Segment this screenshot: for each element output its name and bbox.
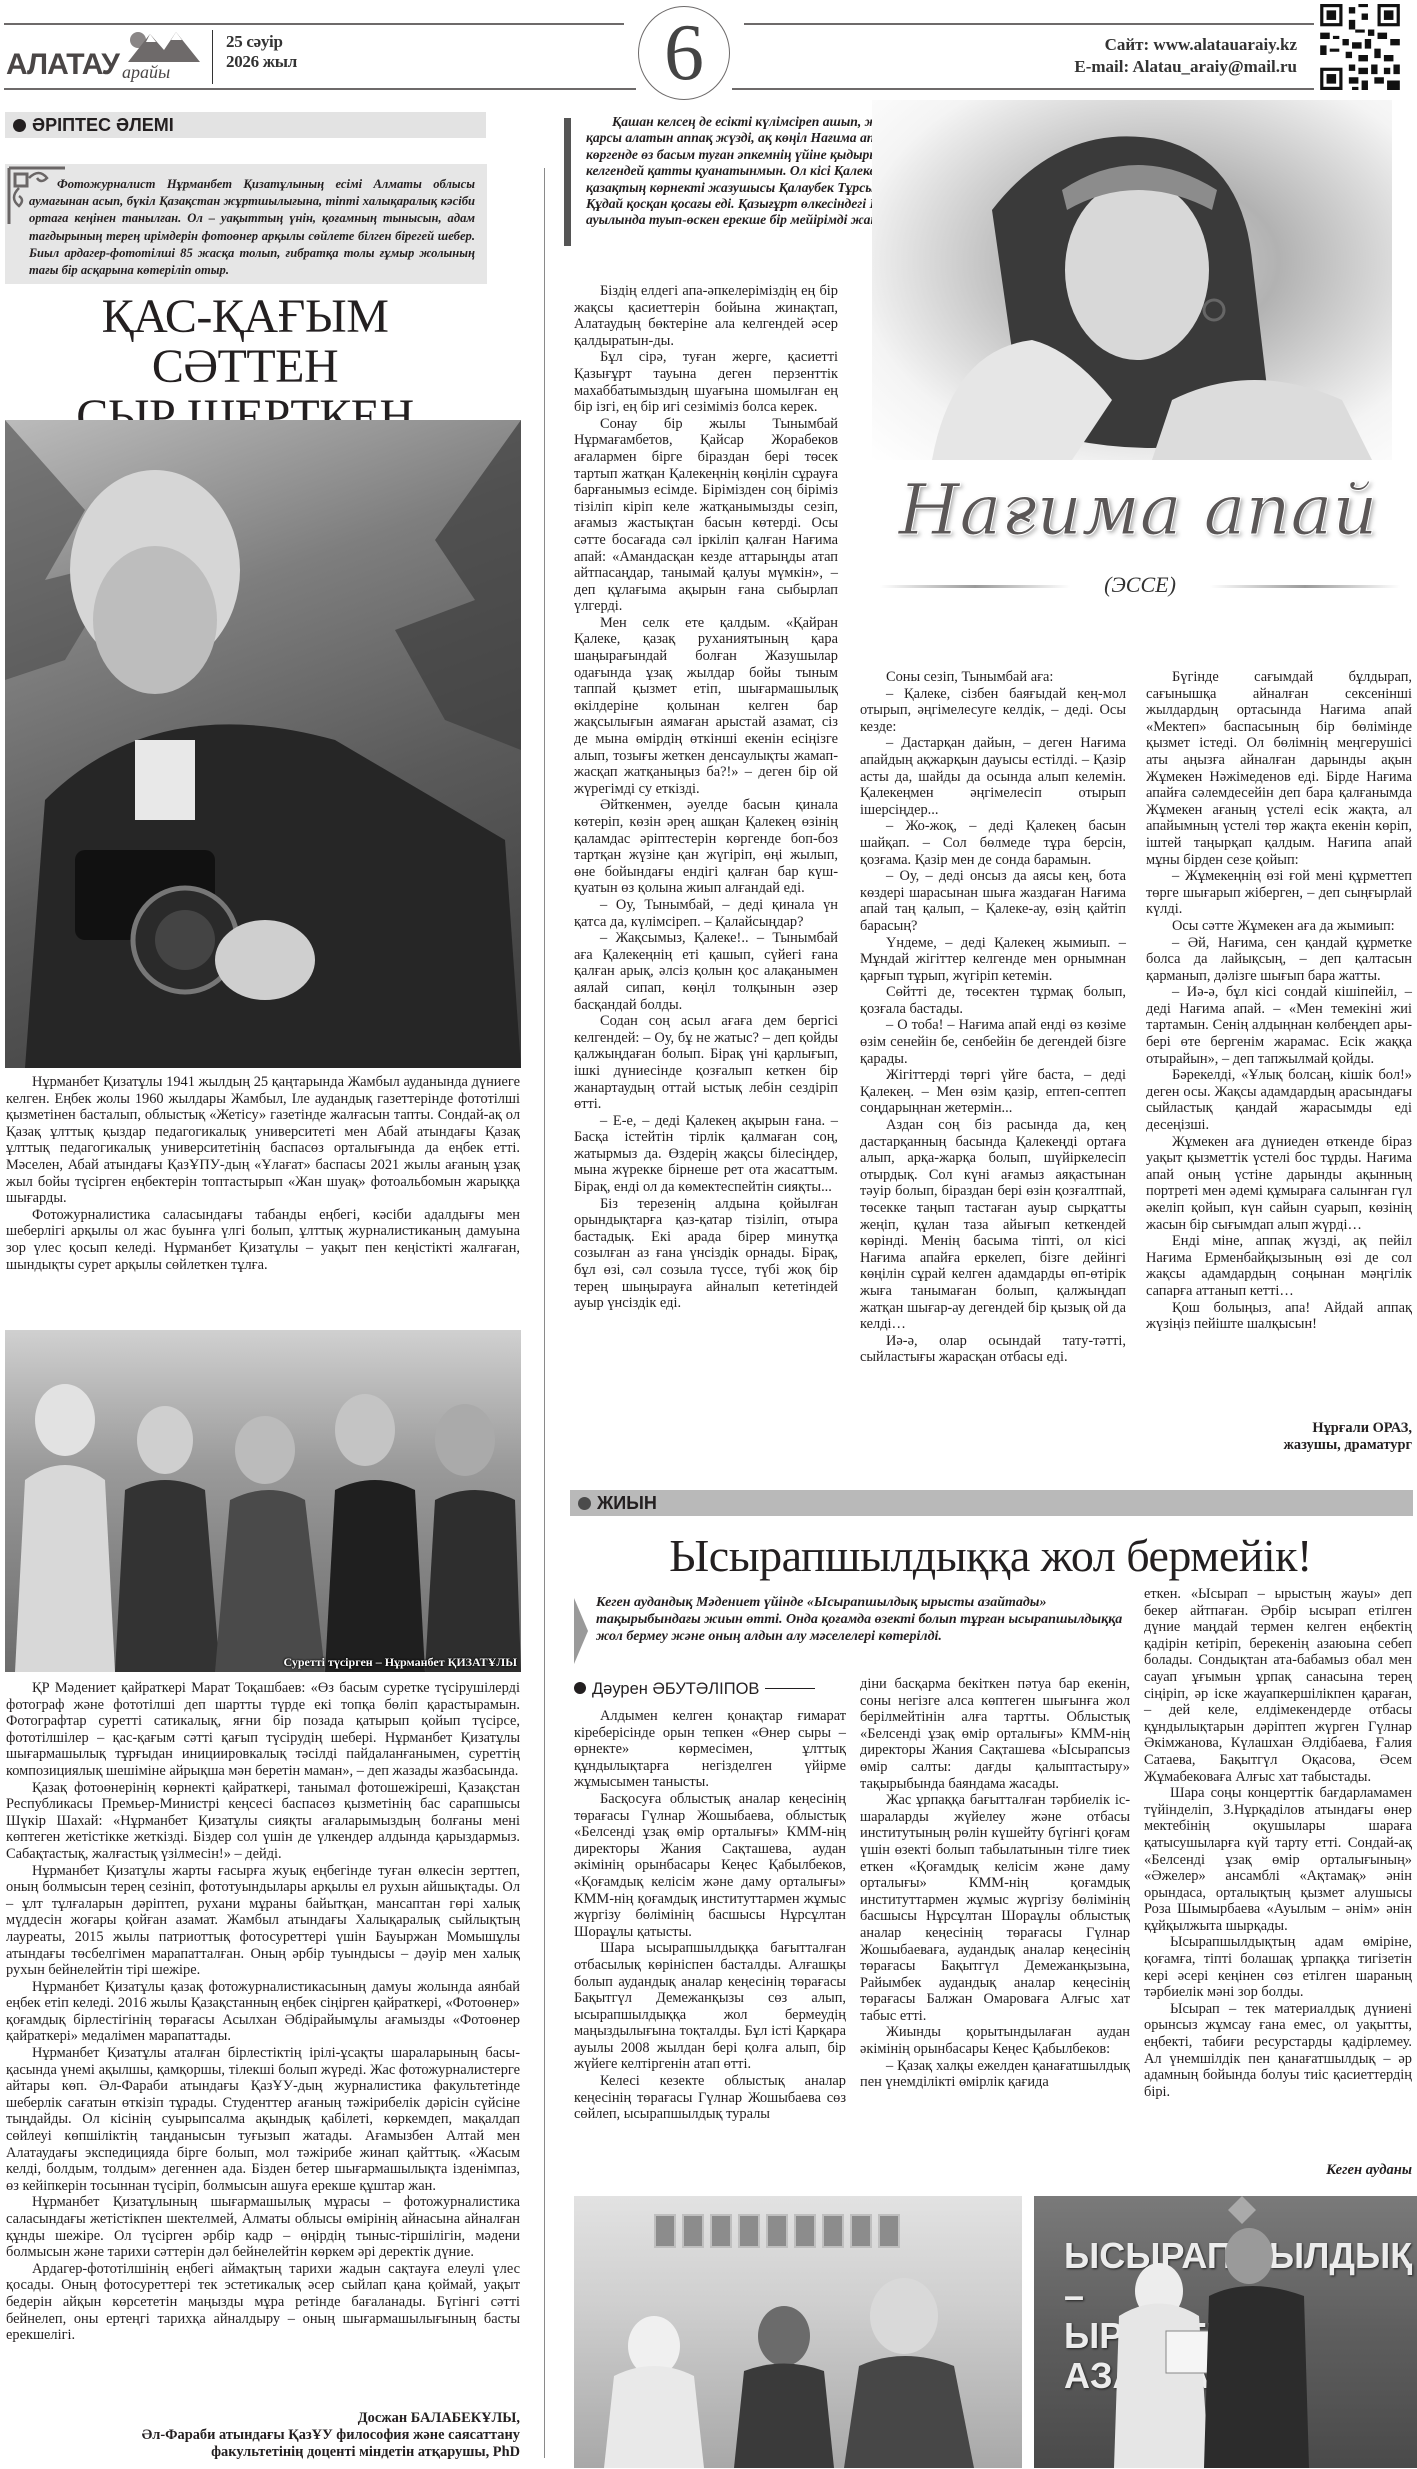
issue-date-day: 25 сәуір [226,32,297,52]
people-silhouettes-icon [1034,2196,1417,2468]
bullet-icon [13,119,26,132]
paragraph: – Жо-жоқ, – деді Қалекең басын шайқап. –… [860,818,1126,868]
paragraph: Шара соңы концерттік бағдарламамен түйін… [1144,1785,1412,1934]
photographer-silhouette-icon [5,420,521,1068]
article1-body-a: Нұрманбет Қизатұлы 1941 жылдың 25 қаңтар… [6,1074,520,1273]
header-rule-right-top [744,23,1314,25]
article2-column1: Біздің елдегі апа-әпкелеріміздің ең бір … [574,283,838,1312]
article2-title: Нағима апай [868,470,1408,550]
page-number: 6 [638,6,730,100]
bullet-icon [574,1682,586,1694]
paragraph: – Жақсымыз, Қалеке!.. – Тынымбай аға Қал… [574,930,838,1013]
paragraph: Нұрманбет Қизатұлы 1941 жылдың 25 қаңтар… [6,1074,520,1207]
article3-headline: Ысырапшылдыққа жол бермейік! [568,1528,1413,1584]
nagima-portrait-photo [872,100,1392,460]
paragraph: Бұл сірә, туған жерге, қасиетті Қазығұрт… [574,349,838,415]
paragraph: Келесі кезекте облыстық аналар кеңесінің… [574,2073,846,2123]
paragraph: Нұрманбет Қизатұлы қазақ фотожурналистик… [6,1979,520,2045]
paragraph: Енді міне, аппақ жүзді, ақ пейіл Нағима … [1146,1233,1412,1299]
paragraph: Содан соң асыл ағаға дем бергісі келгенд… [574,1013,838,1113]
paragraph: діни басқарма бекіткен пәтуа бар екенін,… [860,1676,1130,1792]
logo-script: арайы [122,62,170,83]
article3-signoff: Кеген ауданы [1144,2162,1412,2179]
paragraph: Ардагер-фототілшінің еңбегі аймақтың тар… [6,2261,520,2344]
paragraph: Қазақ фотоөнерінің көрнекті қайраткері, … [6,1780,520,1863]
decorative-rule [1210,585,1400,588]
website-link[interactable]: Сайт: www.alatauaraiy.kz [1074,34,1297,56]
paragraph: Нұрманбет Қизатұлының шығармашылық мұрас… [6,2194,520,2260]
header-rule-right-bottom [732,88,1314,90]
paragraph: ҚР Мәдениет қайраткері Марат Тоқашбаев: … [6,1680,520,1780]
paragraph: Сөйтті де, төсектен тұрмақ болып, қозғал… [860,984,1126,1017]
paragraph: Әйткенмен, әуелде басын қинала көтеріп, … [574,797,838,897]
woman-portrait-icon [872,100,1392,460]
column-divider [544,168,545,2458]
paragraph: Үндеме, – деді Қалекең жымиып. – Мұндай … [860,935,1126,985]
paragraph: – О тоба! – Нағима апай енді өз көзіме ө… [860,1017,1126,1067]
qr-code-icon[interactable] [1320,4,1400,90]
article3-column2: діни басқарма бекіткен пәтуа бар екенін,… [860,1676,1130,2091]
author-title: факультетінің доценті міндетін атқарушы,… [6,2444,520,2461]
article1-signature: Досжан БАЛАБЕКҰЛЫ, Әл-Фараби атындағы Қа… [6,2410,520,2461]
section-header-aripktes-alemi: ӘРІПТЕС ӘЛЕМІ [5,112,486,138]
paragraph: – Қалеке, сізбен баяғыдай кең-мол отырып… [860,686,1126,736]
paragraph: Соны сезіп, Тынымбай аға: [860,669,1126,686]
women-silhouettes-icon [574,2196,1022,2468]
mountain-sun-icon [124,28,204,62]
masthead: АЛАТАУ арайы 25 сәуір 2026 жыл 6 Сайт: w… [0,0,1417,100]
article3-column1: Алдымен келген қонақтар ғимарат кіребері… [574,1708,846,2123]
paragraph: Бәрекелді, «Ұлық болсаң, кішік бол!» дег… [1146,1067,1412,1133]
article3-byline: Дәурен ӘБУТӘЛІПОВ [574,1679,846,1699]
paragraph: Фотожурналистика саласындағы табанды еңб… [6,1207,520,1273]
lede-text: Фотожурналист Нұрманбет Қизатұлының есім… [29,177,475,277]
decorative-rule [880,585,1070,588]
issue-date: 25 сәуір 2026 жыл [226,32,297,72]
headline-line1: ҚАС-ҚАҒЫМ СӘТТЕН [5,292,485,392]
paragraph: Иә-ә, олар осындай тату-тәтті, сыйластығ… [860,1333,1126,1366]
paragraph: Нұрманбет Қизатұлы жарты ғасырға жуық ең… [6,1863,520,1979]
section-title: ЖИЫН [597,1493,657,1513]
article1-body-b: ҚР Мәдениет қайраткері Марат Тоқашбаев: … [6,1680,520,2344]
author-title: Әл-Фараби атындағы ҚазҰУ философия және … [6,2427,520,2444]
paragraph: – Иә-ә, бұл кісі сондай кішіпейіл, – дед… [1146,984,1412,1067]
paragraph: Біз терезенің алдына қойылған орындықтар… [574,1196,838,1312]
bullet-icon [578,1497,591,1510]
paragraph: Жиынды қорытындылаған аудан әкімінің оры… [860,2024,1130,2057]
paragraph: Басқосуға облыстық аналар кеңесінің төра… [574,1791,846,1940]
event-hall-photo [574,2196,1022,2468]
lede-text: Кеген аудандық Мәдениет үйінде «Ысырапшы… [596,1594,1126,1646]
photographer-portrait-photo [5,420,521,1068]
logo-wordmark: АЛАТАУ [6,48,119,82]
header-rule-left-top [4,23,624,25]
article2-signature: Нұрғали ОРАЗ, жазушы, драматург [1146,1420,1412,1454]
email-link[interactable]: E-mail: Alatau_araiy@mail.ru [1074,56,1297,78]
paragraph: Қош болыңыз, апа! Айдай аппақ жүзіңіз пе… [1146,1300,1412,1333]
byline-rule [765,1688,815,1689]
paragraph: Бүгінде сағымдай бұлдырап, сағынышқа айн… [1146,669,1412,868]
paragraph: Ысырап – тек материалдық дүниені орынсыз… [1144,2001,1412,2101]
paragraph: Шара ысырапшылдыққа бағытталған отбасылы… [574,1940,846,2073]
paragraph: Аздан соң біз расында да, кең дастарқанн… [860,1117,1126,1333]
author-title: жазушы, драматург [1146,1437,1412,1454]
paragraph: – Жұмекеңнің өзі ғой мені құрметтеп төрг… [1146,868,1412,918]
paragraph: еткен. «Ысырап – ырыстың жауы» деп бекер… [1144,1586,1412,1785]
lede-accent-bar [564,118,571,246]
author-name: Дәурен ӘБУТӘЛІПОВ [592,1680,759,1698]
section-header-zhiyn: ЖИЫН [570,1490,1413,1516]
paragraph: Алдымен келген қонақтар ғимарат кіребері… [574,1708,846,1791]
paragraph: Ысырапшылдықтың адам өміріне, қоғамға, т… [1144,1934,1412,2000]
section-title: ӘРІПТЕС ӘЛЕМІ [32,115,174,135]
author-name: Досжан БАЛАБЕКҰЛЫ, [6,2410,520,2427]
article3-lede: Кеген аудандық Мәдениет үйінде «Ысырапшы… [574,1594,1126,1646]
paragraph: – Әй, Нағима, сен қандай құрметке болса … [1146,935,1412,985]
article2-column3: Бүгінде сағымдай бұлдырап, сағынышқа айн… [1146,669,1412,1333]
article2-column2: Соны сезіп, Тынымбай аға: – Қалеке, сізб… [860,669,1126,1366]
article3-column3: еткен. «Ысырап – ырыстың жауы» деп бекер… [1144,1586,1412,2100]
author-name: Нұрғали ОРАЗ, [1146,1420,1412,1437]
photo-credit: Суретті түсірген – Нұрманбет ҚИЗАТҰЛЫ [283,1655,517,1670]
article2-genre: (ЭССЕ) [1080,572,1200,598]
paragraph: – Дастарқан дайын, – деген Нағима апайды… [860,735,1126,818]
paragraph: – Оу, Тынымбай, – деді қинала үн қатса д… [574,897,838,930]
contacts: Сайт: www.alatauaraiy.kz E-mail: Alatau_… [1074,34,1297,78]
paragraph: – Қазақ халқы ежелден қанағатшылдық пен … [860,2058,1130,2091]
award-ceremony-photo: ЫСЫРАПШЫЛДЫҚ – ЫРЫСТЫ АЗАЙТАДЫ [1034,2196,1417,2468]
crowd-silhouette-icon [5,1330,521,1672]
paragraph: – Е-е, – деді Қалекең ақырын ғана. – Бас… [574,1113,838,1196]
paragraph: Мен селк ете қалдым. «Қайран Қалеке, қаз… [574,615,838,798]
paragraph: Осы сәтте Жұмекен аға да жымиып: [1146,918,1412,935]
header-rule-left-bottom [4,88,636,90]
paragraph: – Оу, – деді онсыз да аясы кең, бота көз… [860,868,1126,934]
paragraph: Нұрманбет Қизатұлы аталған бірлестіктің … [6,2045,520,2194]
ornament-corner-icon [7,166,67,226]
paragraph: Біздің елдегі апа-әпкелеріміздің ең бір … [574,283,838,349]
newspaper-logo[interactable]: АЛАТАУ арайы [6,28,206,88]
paragraph: Жас ұрпаққа бағытталған тәрбиелік іс-шар… [860,1792,1130,2024]
paragraph: Сонау бір жылы Тынымбай Нұрмағамбетов, Қ… [574,416,838,615]
paragraph: Жұмекен аға дүниеден өткенде біраз уақыт… [1146,1134,1412,1234]
issue-date-year: 2026 жыл [226,52,297,72]
paragraph: Жігіттерді төргі үйге баста, – деді Қале… [860,1067,1126,1117]
logo-divider [212,30,213,84]
article1-lede: Фотожурналист Нұрманбет Қизатұлының есім… [5,164,487,284]
lede-arrow-icon [574,1598,588,1664]
event-group-photo: Суретті түсірген – Нұрманбет ҚИЗАТҰЛЫ [5,1330,521,1672]
